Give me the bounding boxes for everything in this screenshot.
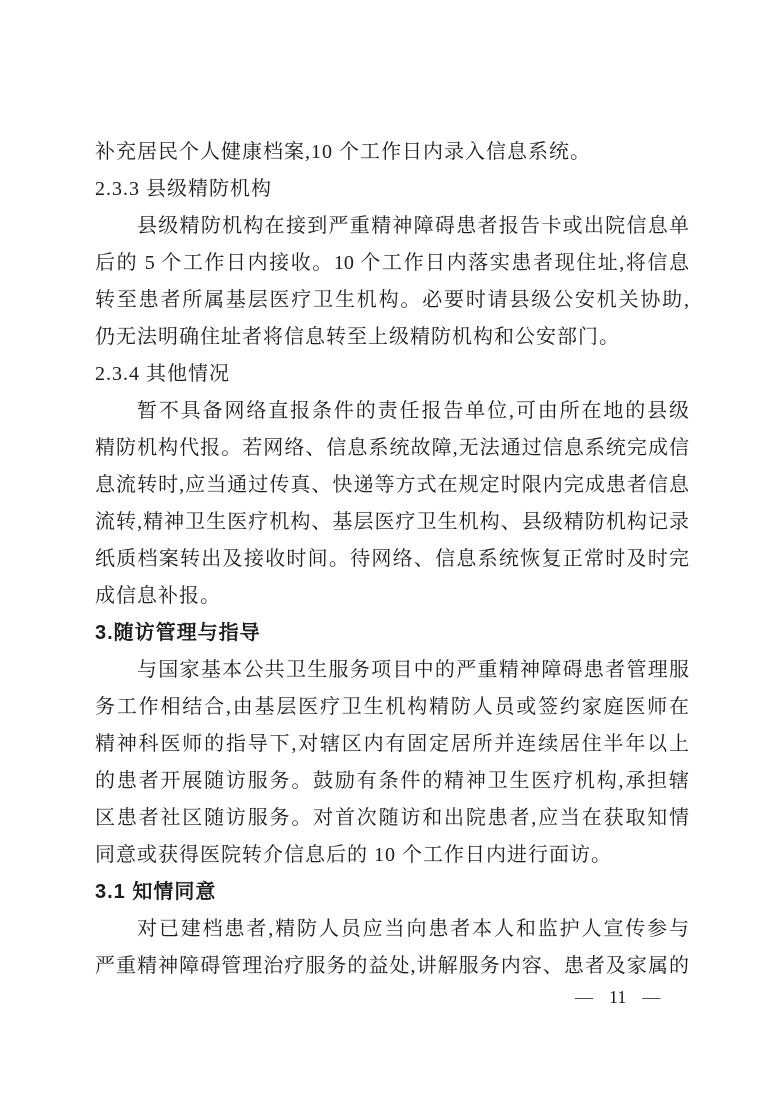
page-number: 11 (609, 986, 626, 1008)
document-body: 补充居民个人健康档案,10 个工作日内录入信息系统。2.3.3 县级精防机构县级… (95, 134, 689, 985)
text-line: 区患者社区随访服务。对首次随访和出院患者,应当在获取知情 (95, 800, 689, 837)
text-line: 暂不具备网络直报条件的责任报告单位,可由所在地的县级 (95, 393, 689, 430)
text-line: 后的 5 个工作日内接收。10 个工作日内落实患者现住址,将信息 (95, 245, 689, 282)
page-footer: — 11 — (575, 986, 660, 1008)
section-heading: 3.随访管理与指导 (95, 615, 689, 652)
text-line: 精防机构代报。若网络、信息系统故障,无法通过信息系统完成信 (95, 430, 689, 467)
text-line: 严重精神障碍管理治疗服务的益处,讲解服务内容、患者及家属的 (95, 948, 689, 985)
section-heading: 3.1 知情同意 (95, 874, 689, 911)
page-number-dash-left: — (575, 986, 593, 1008)
text-line: 的患者开展随访服务。鼓励有条件的精神卫生医疗机构,承担辖 (95, 763, 689, 800)
page-number-dash-right: — (642, 986, 660, 1008)
text-line: 流转,精神卫生医疗机构、基层医疗卫生机构、县级精防机构记录 (95, 504, 689, 541)
text-line: 县级精防机构在接到严重精神障碍患者报告卡或出院信息单 (95, 208, 689, 245)
text-line: 务工作相结合,由基层医疗卫生机构精防人员或签约家庭医师在 (95, 689, 689, 726)
text-line: 与国家基本公共卫生服务项目中的严重精神障碍患者管理服 (95, 652, 689, 689)
text-line: 纸质档案转出及接收时间。待网络、信息系统恢复正常时及时完 (95, 541, 689, 578)
text-line: 精神科医师的指导下,对辖区内有固定居所并连续居住半年以上 (95, 726, 689, 763)
section-heading: 2.3.3 县级精防机构 (95, 171, 689, 208)
text-line: 仍无法明确住址者将信息转至上级精防机构和公安部门。 (95, 319, 689, 356)
text-line: 补充居民个人健康档案,10 个工作日内录入信息系统。 (95, 134, 689, 171)
document-page: 补充居民个人健康档案,10 个工作日内录入信息系统。2.3.3 县级精防机构县级… (0, 0, 782, 1114)
text-line: 对已建档患者,精防人员应当向患者本人和监护人宣传参与 (95, 911, 689, 948)
section-heading: 2.3.4 其他情况 (95, 356, 689, 393)
text-line: 同意或获得医院转介信息后的 10 个工作日内进行面访。 (95, 837, 689, 874)
text-line: 成信息补报。 (95, 578, 689, 615)
text-line: 转至患者所属基层医疗卫生机构。必要时请县级公安机关协助, (95, 282, 689, 319)
text-line: 息流转时,应当通过传真、快递等方式在规定时限内完成患者信息 (95, 467, 689, 504)
